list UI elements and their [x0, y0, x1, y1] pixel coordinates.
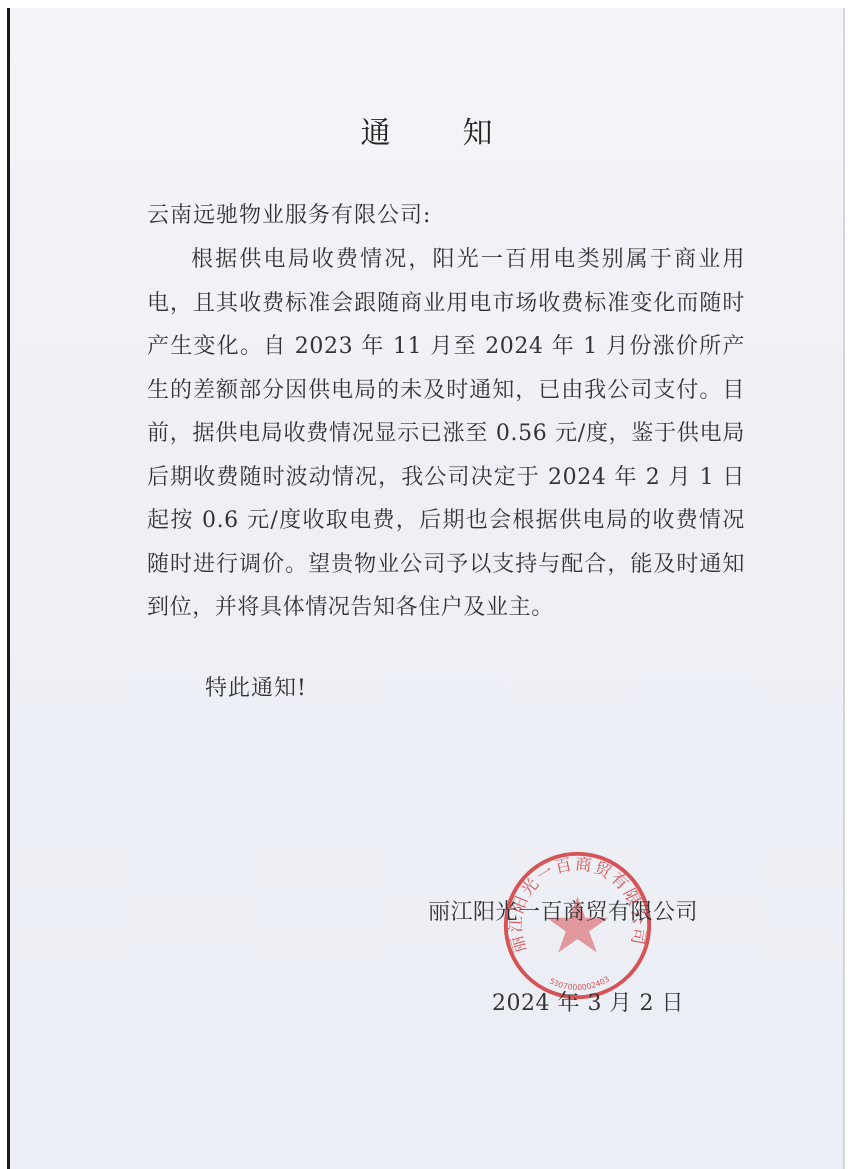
- closing-line: 特此通知!: [205, 671, 307, 702]
- notice-body: 根据供电局收费情况，阳光一百用电类别属于商业用电，且其收费标准会跟随商业用电市场…: [147, 238, 745, 630]
- document-page: 通知 云南远驰物业服务有限公司: 根据供电局收费情况，阳光一百用电类别属于商业用…: [7, 8, 845, 1169]
- title-char-1: 通: [361, 108, 391, 152]
- signature-company: 丽江阳光一百商贸有限公司: [428, 895, 698, 926]
- signature-date: 2024 年 3 月 2 日: [492, 986, 684, 1017]
- document-title: 通知: [10, 108, 843, 152]
- addressee: 云南远驰物业服务有限公司:: [147, 198, 431, 229]
- title-char-2: 知: [463, 108, 493, 152]
